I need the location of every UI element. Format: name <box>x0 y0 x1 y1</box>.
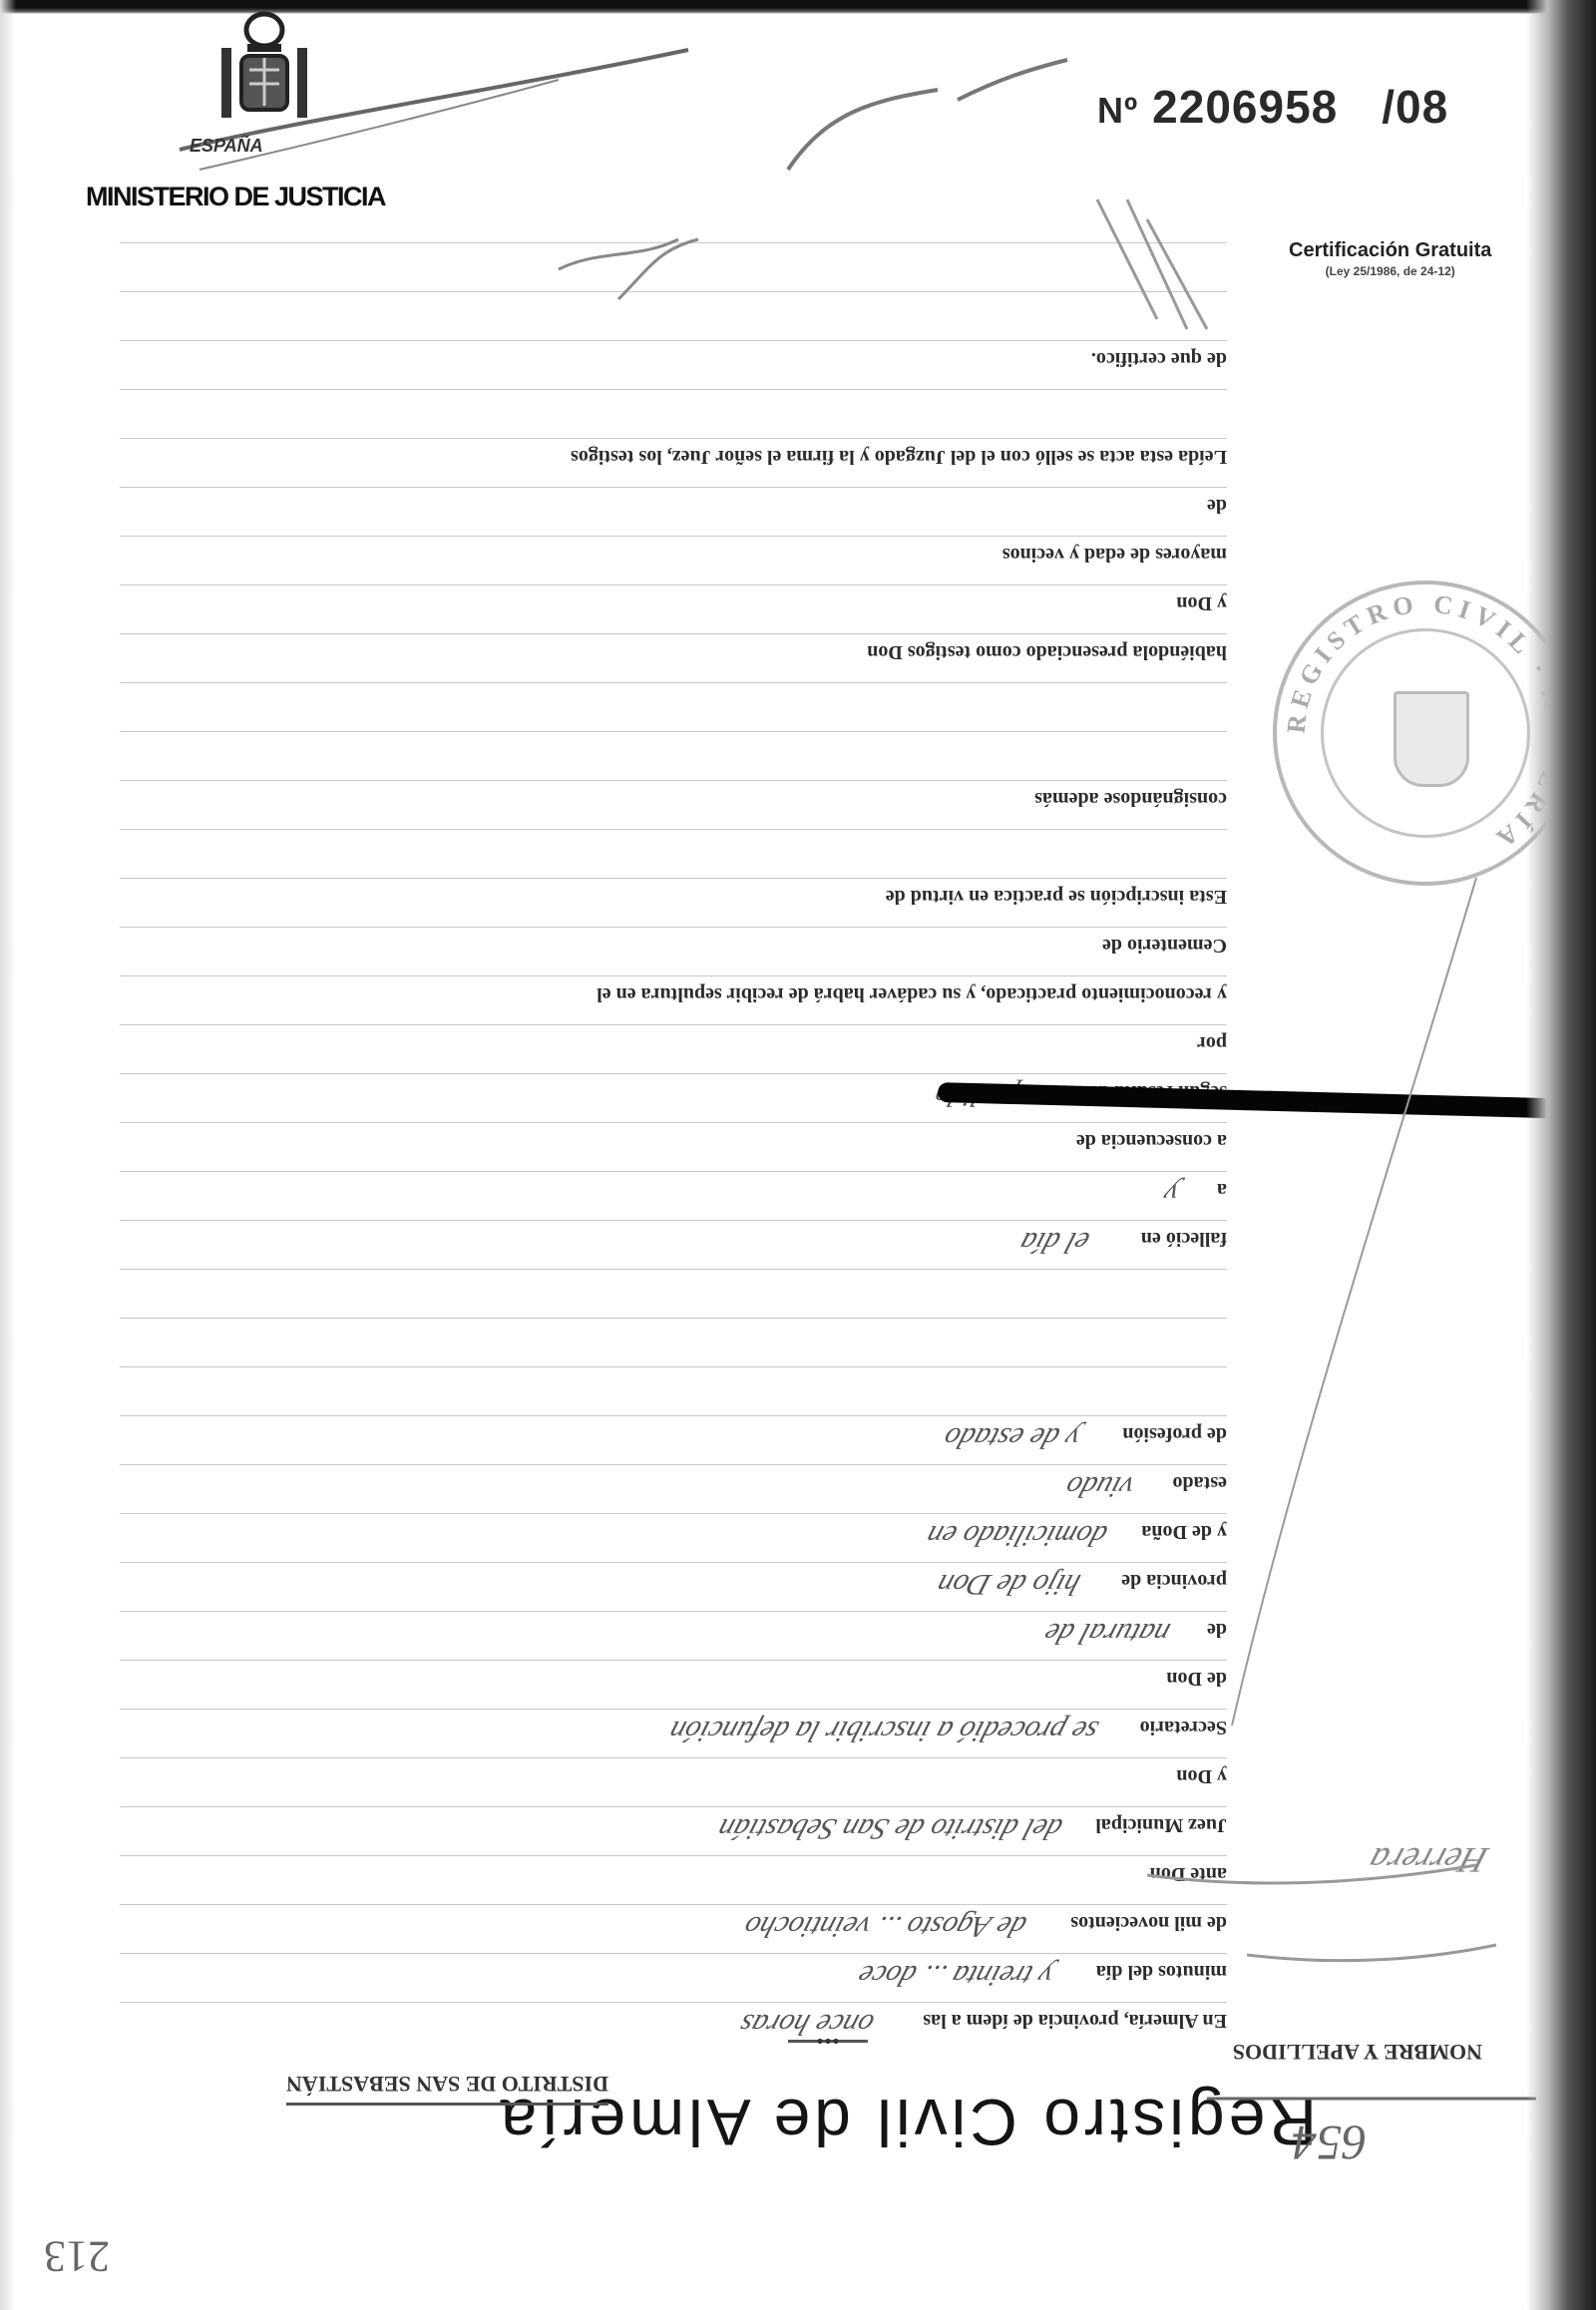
free-certificate-law: (Ley 25/1986, de 24-12) <box>1289 264 1491 278</box>
certificate-number-prefix: Nº <box>1097 90 1138 131</box>
ministry-name: MINISTERIO DE JUSTICIA <box>86 182 385 212</box>
free-certificate-notice: Certificación Gratuita (Ley 25/1986, de … <box>1289 239 1491 278</box>
certificate-number-value: 2206958 <box>1152 81 1338 133</box>
certificate-number-suffix: /08 <box>1382 81 1448 133</box>
free-certificate-title: Certificación Gratuita <box>1289 239 1491 262</box>
stamp-crest-icon <box>1394 691 1469 787</box>
certificate-number: Nº2206958/08 <box>1097 80 1448 134</box>
margin-curve-line <box>0 0 1596 2310</box>
crest-caption: ESPAÑA <box>190 136 263 157</box>
page-right-edge-shadow <box>1526 0 1596 2310</box>
stamp-inner-ring <box>1321 628 1530 838</box>
spanish-coat-of-arms-icon <box>209 8 319 138</box>
